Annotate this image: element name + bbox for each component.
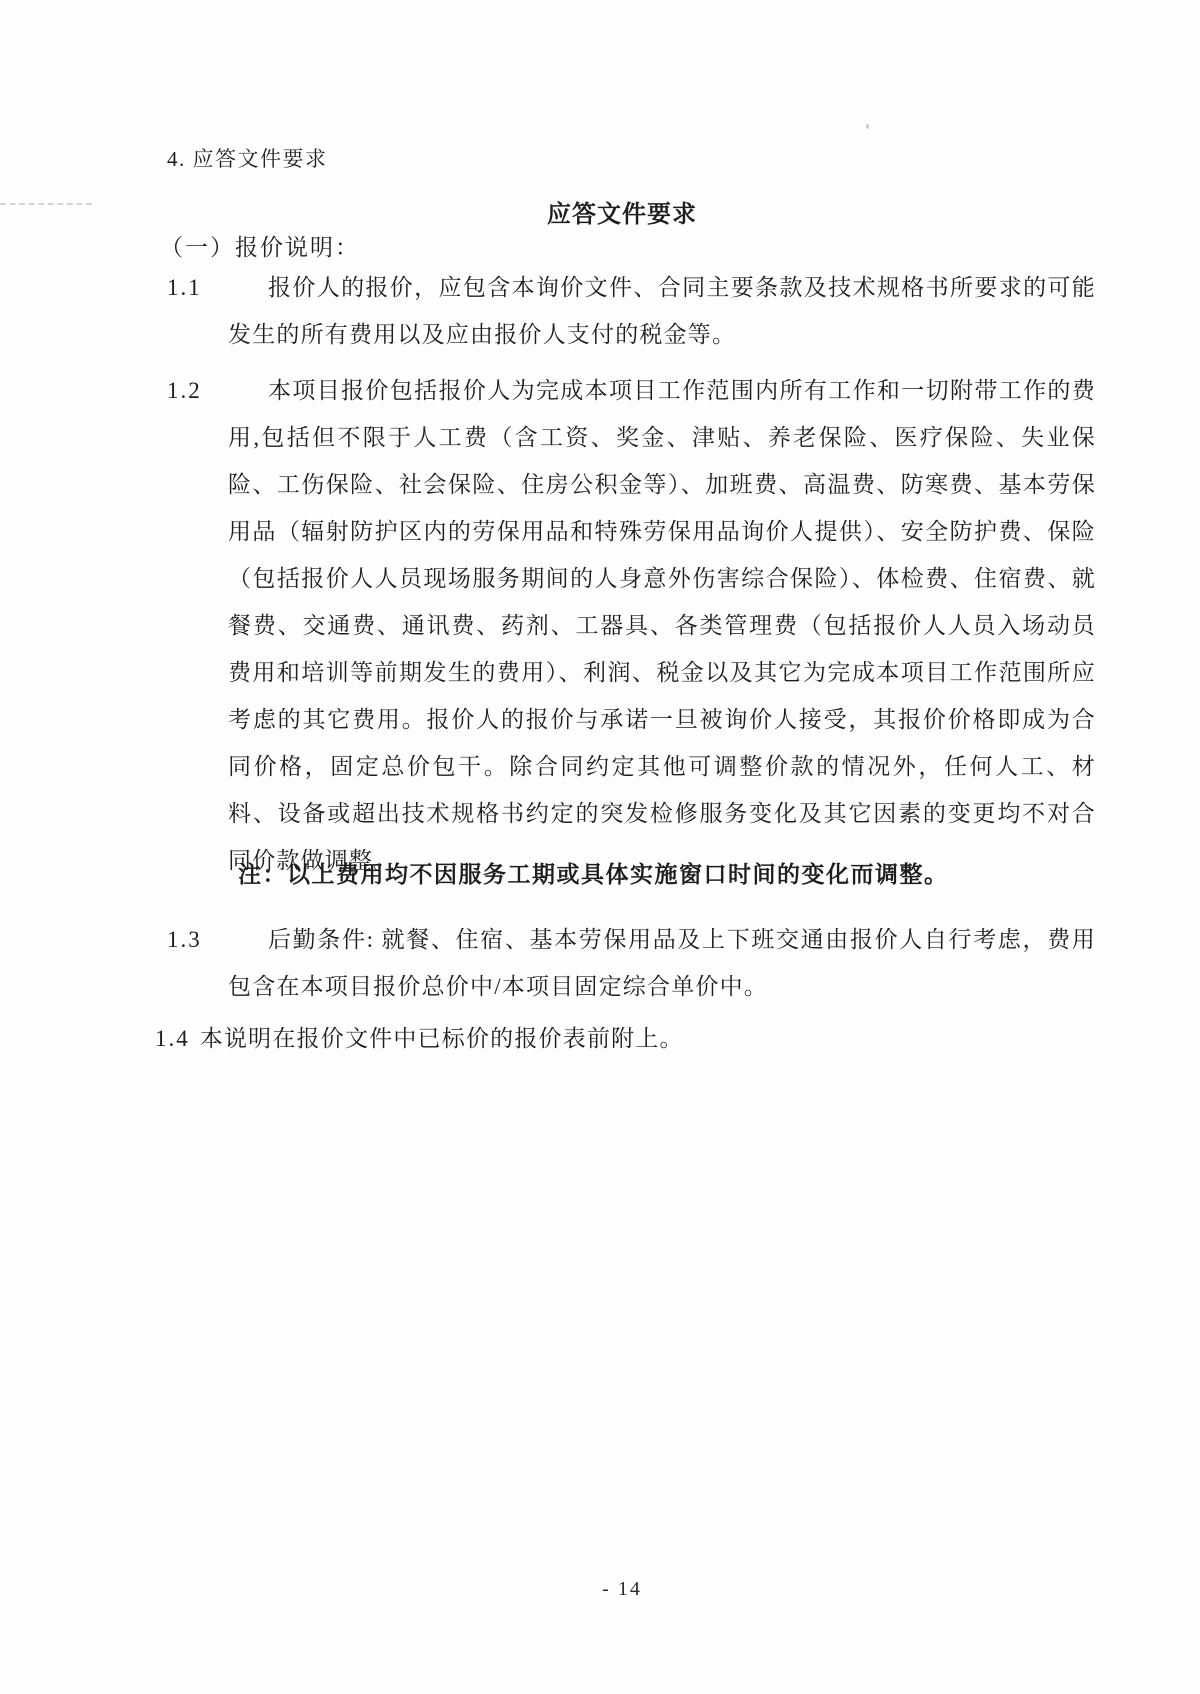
page-number: - 14 — [0, 1578, 1200, 1601]
clause-text: 后勤条件: 就餐、住宿、基本劳保用品及上下班交通由报价人自行考虑，费用包含在本项… — [228, 927, 1096, 999]
clause-text: 本项目报价包括报价人为完成本项目工作范围内所有工作和一切附带工作的费用,包括但不… — [228, 378, 1096, 873]
section-heading: 4. 应答文件要求 — [167, 143, 328, 173]
document-title: 应答文件要求 — [0, 194, 1200, 229]
clause-1-4: 1.4本说明在报价文件中已标价的报价表前附上。 — [155, 1020, 684, 1053]
scan-artifact-speck — [866, 124, 869, 129]
clause-1-2: 1.2 本项目报价包括报价人为完成本项目工作范围内所有工作和一切附带工作的费用,… — [228, 367, 1096, 884]
fee-adjustment-note: 注：以上费用均不因服务工期或具体实施窗口时间的变化而调整。 — [238, 856, 949, 889]
clause-number: 1.3 — [167, 916, 202, 963]
clause-text: 报价人的报价，应包含本询价文件、合同主要条款及技术规格书所要求的可能发生的所有费… — [228, 275, 1096, 347]
subsection-label: （一）报价说明： — [160, 229, 360, 262]
clause-1-3: 1.3 后勤条件: 就餐、住宿、基本劳保用品及上下班交通由报价人自行考虑，费用包… — [228, 916, 1096, 1010]
clause-1-1: 1.1 报价人的报价，应包含本询价文件、合同主要条款及技术规格书所要求的可能发生… — [228, 264, 1096, 358]
document-page: 4. 应答文件要求 应答文件要求 （一）报价说明： 1.1 报价人的报价，应包含… — [0, 0, 1200, 1694]
clause-number: 1.1 — [167, 264, 202, 311]
clause-number: 1.2 — [167, 367, 202, 414]
clause-number: 1.4 — [155, 1026, 190, 1051]
clause-text: 本说明在报价文件中已标价的报价表前附上。 — [200, 1026, 684, 1051]
